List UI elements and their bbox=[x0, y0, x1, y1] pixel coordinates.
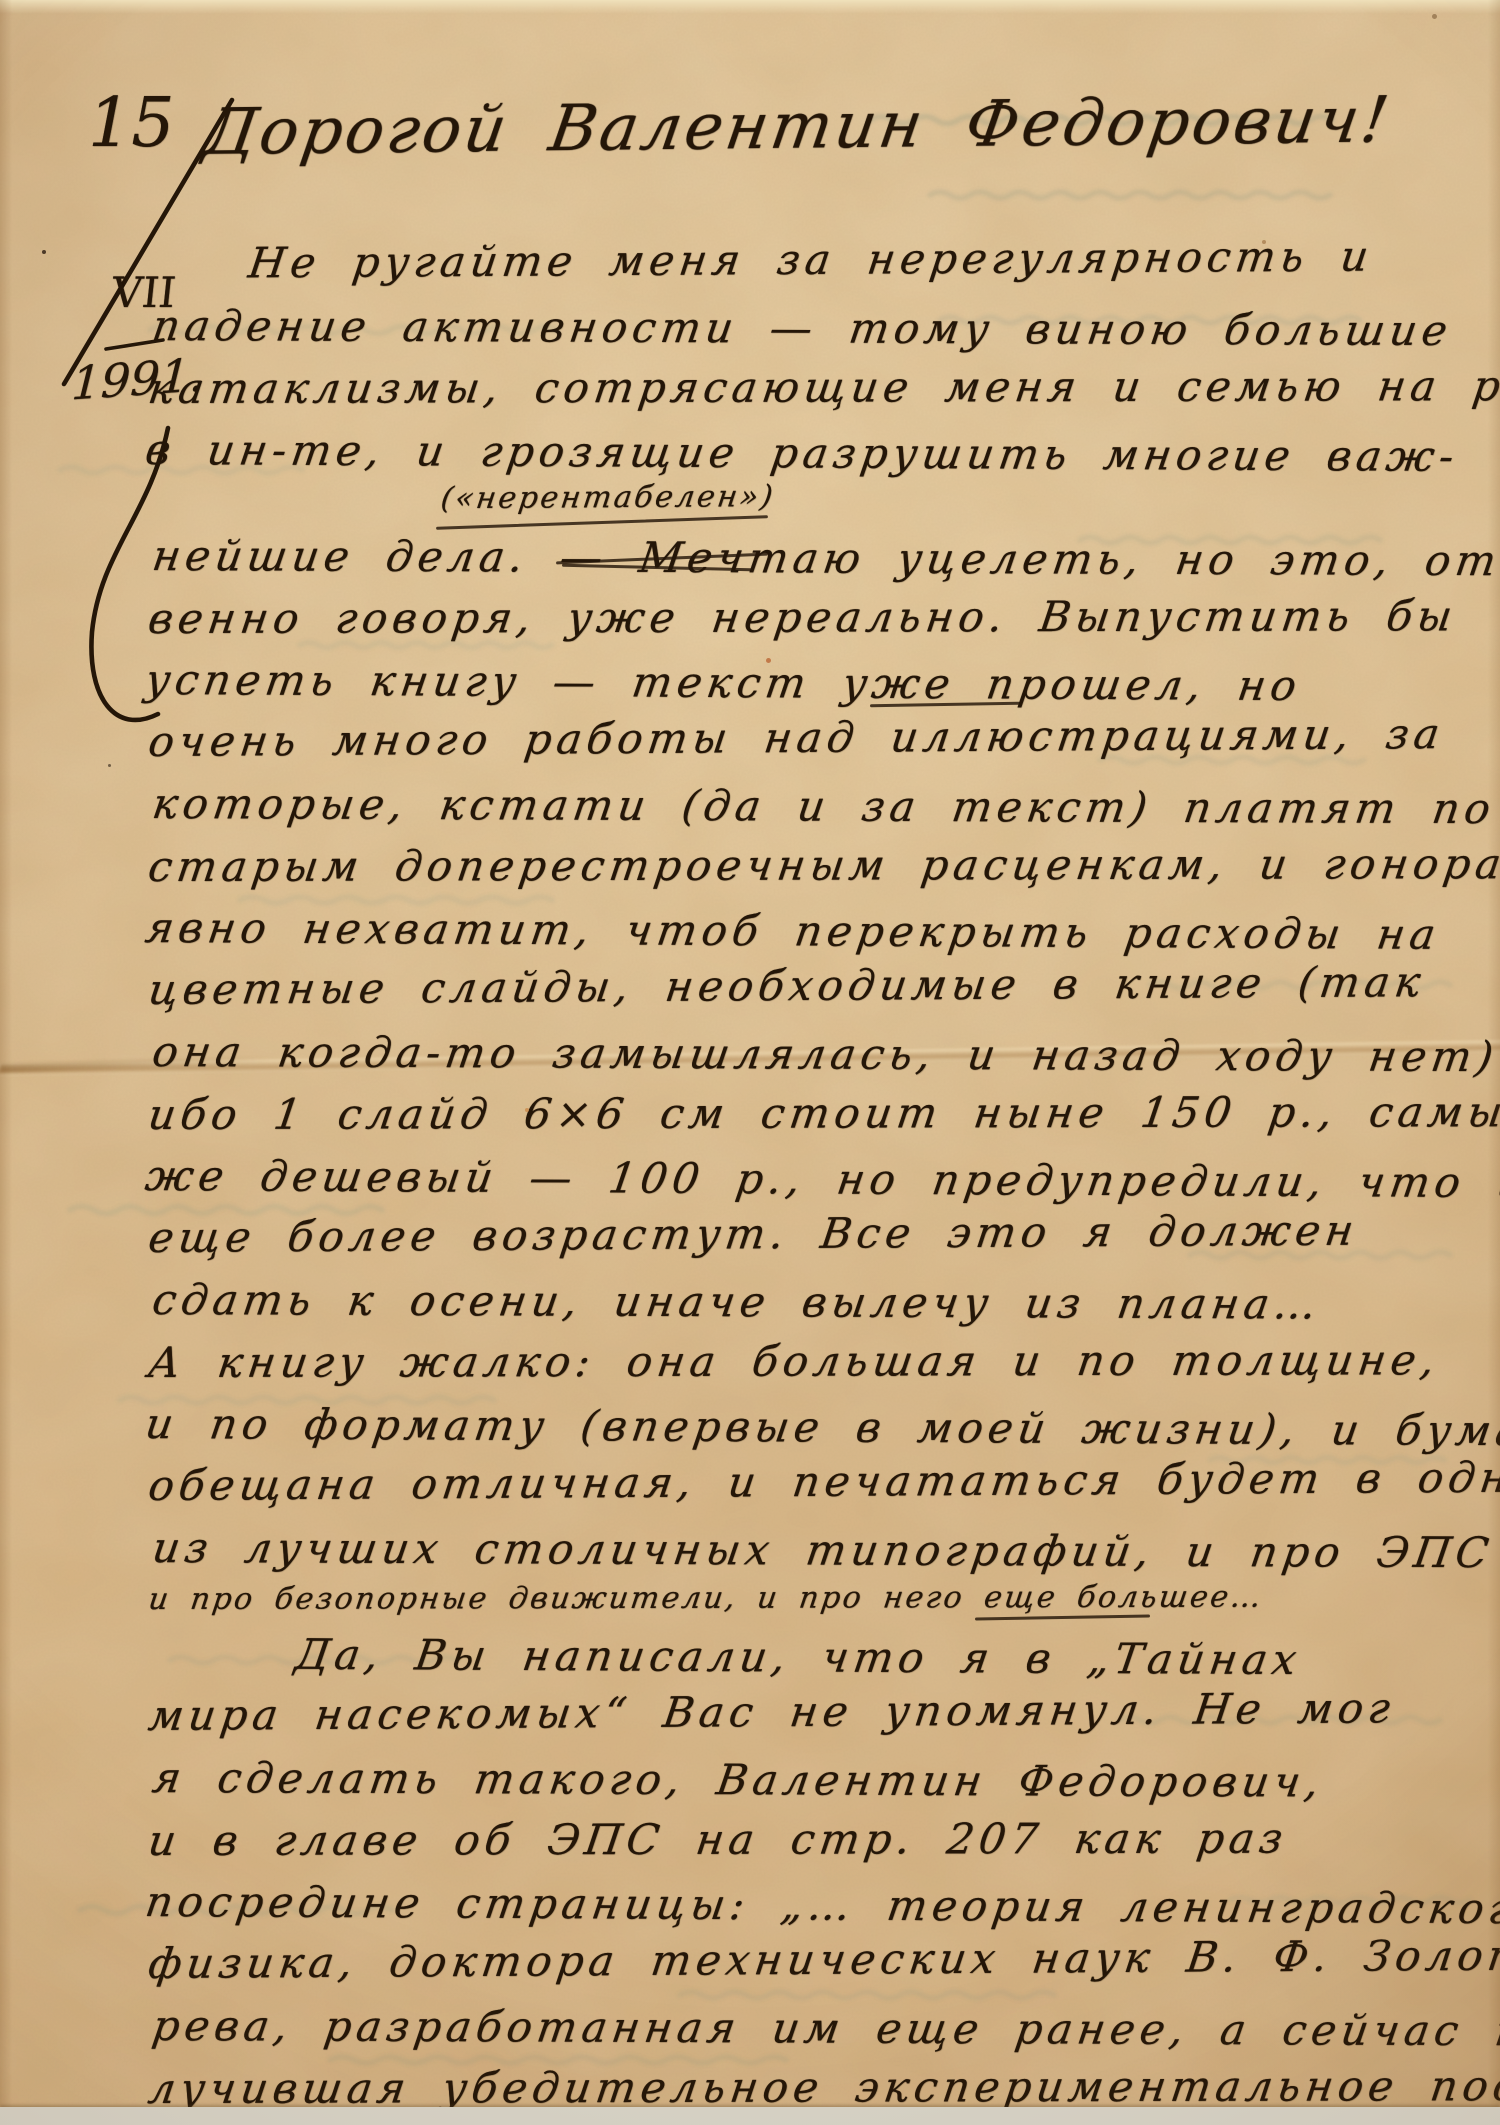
letter-line: нейшие дела. — Мечтаю уцелеть, но это, о… bbox=[148, 525, 1500, 592]
letter-line: и про безопорные движители, и про него е… bbox=[145, 1577, 1500, 1624]
letter-line: из лучших столичных типографий, и про ЭП… bbox=[148, 1517, 1500, 1584]
letter-line: Не ругайте меня за нерегулярность и bbox=[145, 225, 1500, 295]
salutation: Дорогой Валентин Федорович! bbox=[200, 84, 1396, 170]
letter-line: сдать к осени, иначе вылечу из плана… bbox=[148, 1269, 1500, 1336]
letter-line: падение активности — тому виною большие bbox=[148, 295, 1500, 362]
page-edge-top bbox=[0, 0, 1500, 14]
letter-line: и в главе об ЭПС на стр. 207 как раз bbox=[144, 1807, 1500, 1872]
letter-line: ибо 1 слайд 6×6 см стоит ныне 150 р., са… bbox=[144, 1081, 1500, 1146]
letter-line: которые, кстати (да и за текст) платят п… bbox=[148, 773, 1500, 840]
letter-line: рева, разработанная им еще ранее, а сейч… bbox=[148, 1995, 1500, 2062]
letter-line: А книгу жалко: она большая и по толщине, bbox=[144, 1329, 1500, 1394]
letter-line: она когда-то замышлялась, и назад ходу н… bbox=[148, 1021, 1500, 1088]
paper-speck bbox=[766, 658, 771, 663]
paper-speck bbox=[1262, 240, 1266, 244]
date-day: 15 bbox=[88, 84, 175, 163]
letter-line: цветные слайды, необходимые в книге (так bbox=[145, 951, 1500, 1021]
page-edge-bottom bbox=[0, 2107, 1500, 2125]
page-edge-left bbox=[0, 0, 12, 2125]
ink-speck bbox=[42, 250, 46, 254]
letter-line: катаклизмы, сотрясающие меня и семью на … bbox=[144, 355, 1500, 420]
ink-speck bbox=[108, 764, 111, 767]
paper-speck bbox=[525, 1108, 529, 1112]
letter-line: венно говоря, уже нереально. Выпустить б… bbox=[144, 585, 1500, 650]
letter-page: 15 VII 1991. Дорогой Валентин Федорович!… bbox=[0, 0, 1500, 2125]
letter-line: очень много работы над иллюстрациями, за bbox=[145, 703, 1500, 773]
page-edge-right bbox=[1488, 0, 1500, 2125]
letter-line: старым доперестроечным расценкам, и гоно… bbox=[144, 833, 1500, 898]
letter-body: Не ругайте меня за нерегулярность ипаден… bbox=[148, 233, 1500, 2119]
letter-line: физика, доктора технических наук В. Ф. З… bbox=[145, 1925, 1500, 1995]
letter-line: обещана отличная, и печататься будет в о… bbox=[145, 1447, 1500, 1517]
letter-line: («нерентабелен») bbox=[146, 473, 1500, 525]
letter-line: я сделать такого, Валентин Федорович, bbox=[148, 1747, 1500, 1814]
letter-line: мира насекомых“ Вас не упомянул. Не мог bbox=[145, 1677, 1500, 1747]
letter-line: еще более возрастут. Все это я должен bbox=[145, 1199, 1500, 1269]
paper-speck bbox=[1432, 14, 1437, 19]
